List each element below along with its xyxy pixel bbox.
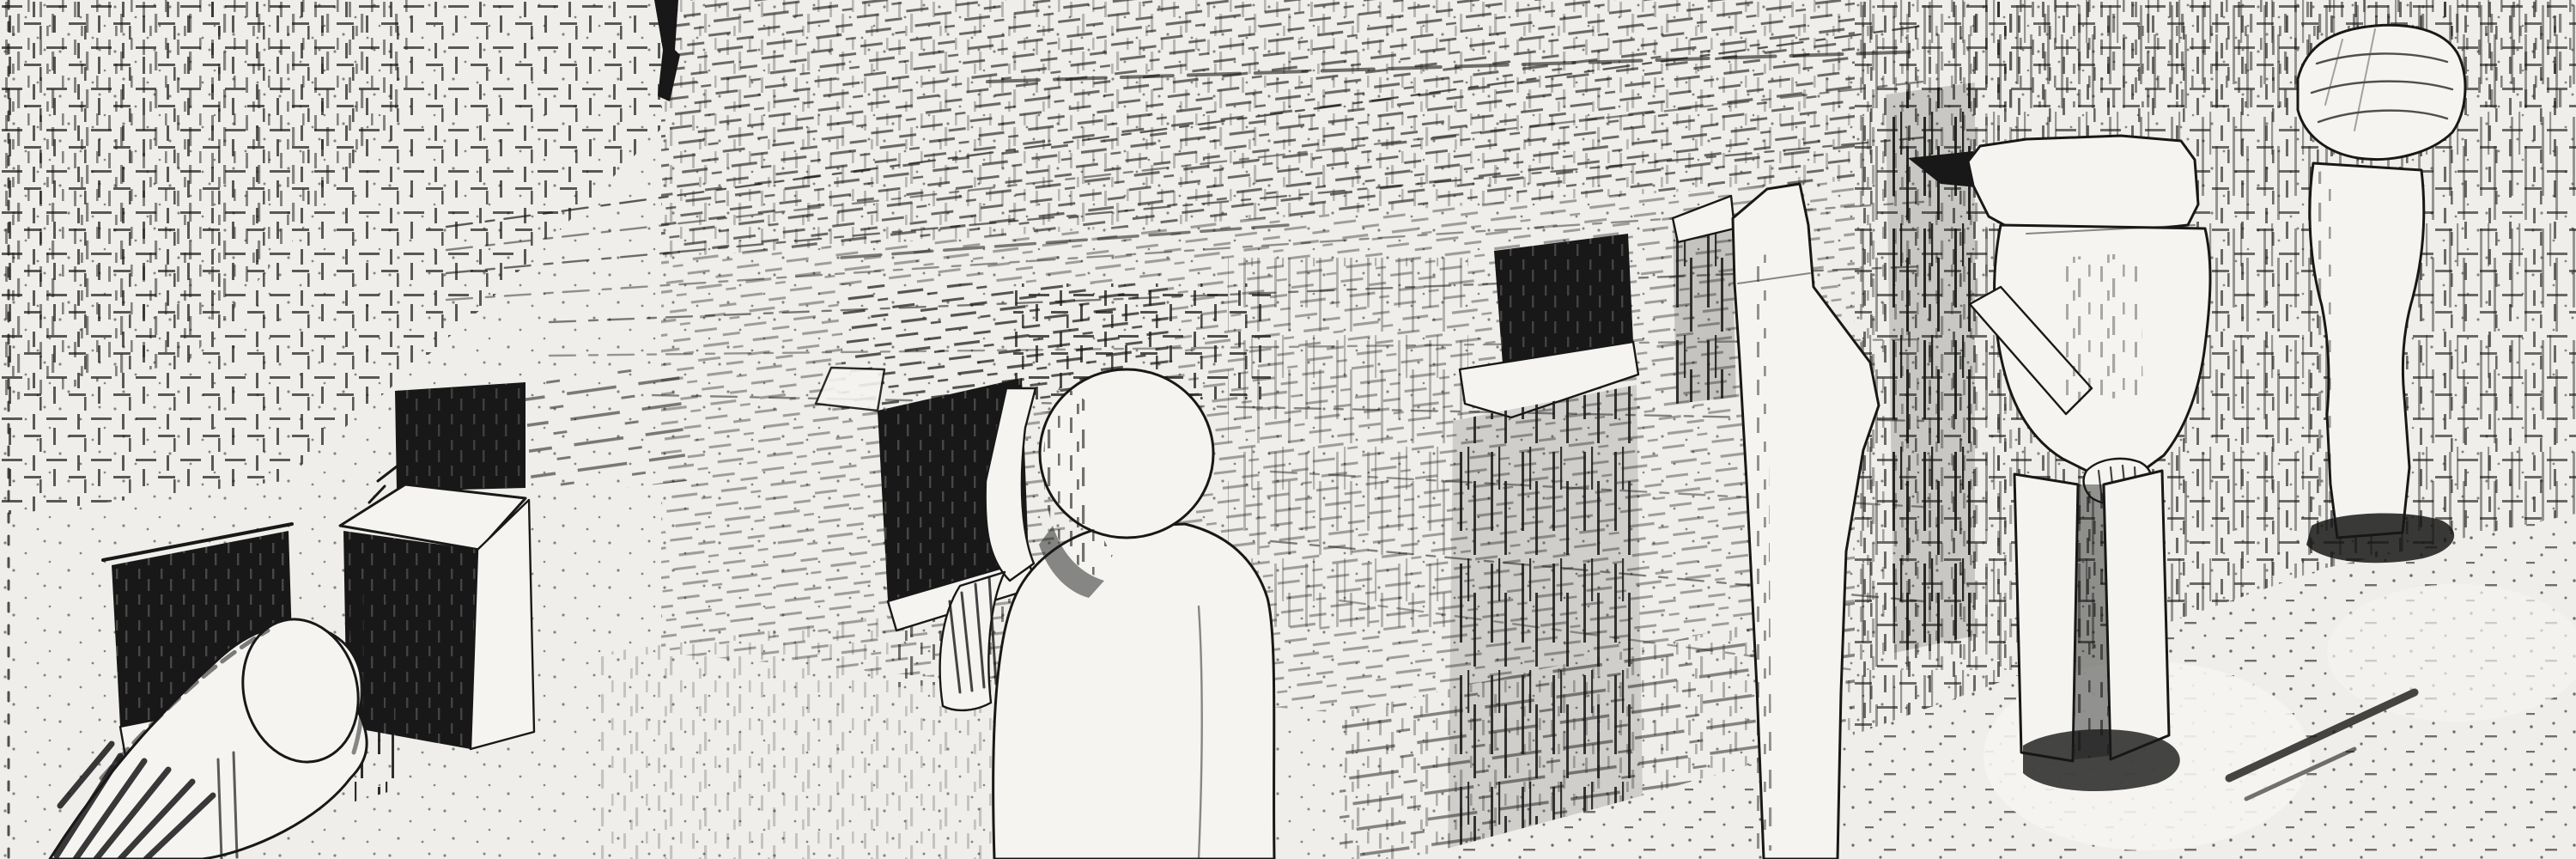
stain-cascade-tone bbox=[1448, 385, 1643, 859]
etching-artwork: Faceless figures at hatches in a long wa… bbox=[0, 0, 2576, 859]
illustration-canvas: Faceless figures at hatches in a long wa… bbox=[0, 0, 2576, 859]
feet-shadow bbox=[2023, 729, 2180, 791]
ground-pale-mound-2 bbox=[2327, 584, 2576, 722]
brick-course-right-of-box bbox=[524, 362, 687, 498]
base-shadow bbox=[2306, 513, 2454, 563]
torso-hatch bbox=[2059, 253, 2143, 404]
wall-patch-right-of-central bbox=[1228, 258, 1468, 627]
left-leg bbox=[2014, 474, 2078, 761]
wall-top-edge-right bbox=[1975, 0, 2576, 107]
box-hatch-opening-texture bbox=[395, 382, 526, 491]
back-silhouette bbox=[993, 524, 1274, 859]
right-leg bbox=[2104, 471, 2169, 759]
slab-head bbox=[1968, 136, 2198, 237]
wrapped-head bbox=[2298, 25, 2465, 159]
